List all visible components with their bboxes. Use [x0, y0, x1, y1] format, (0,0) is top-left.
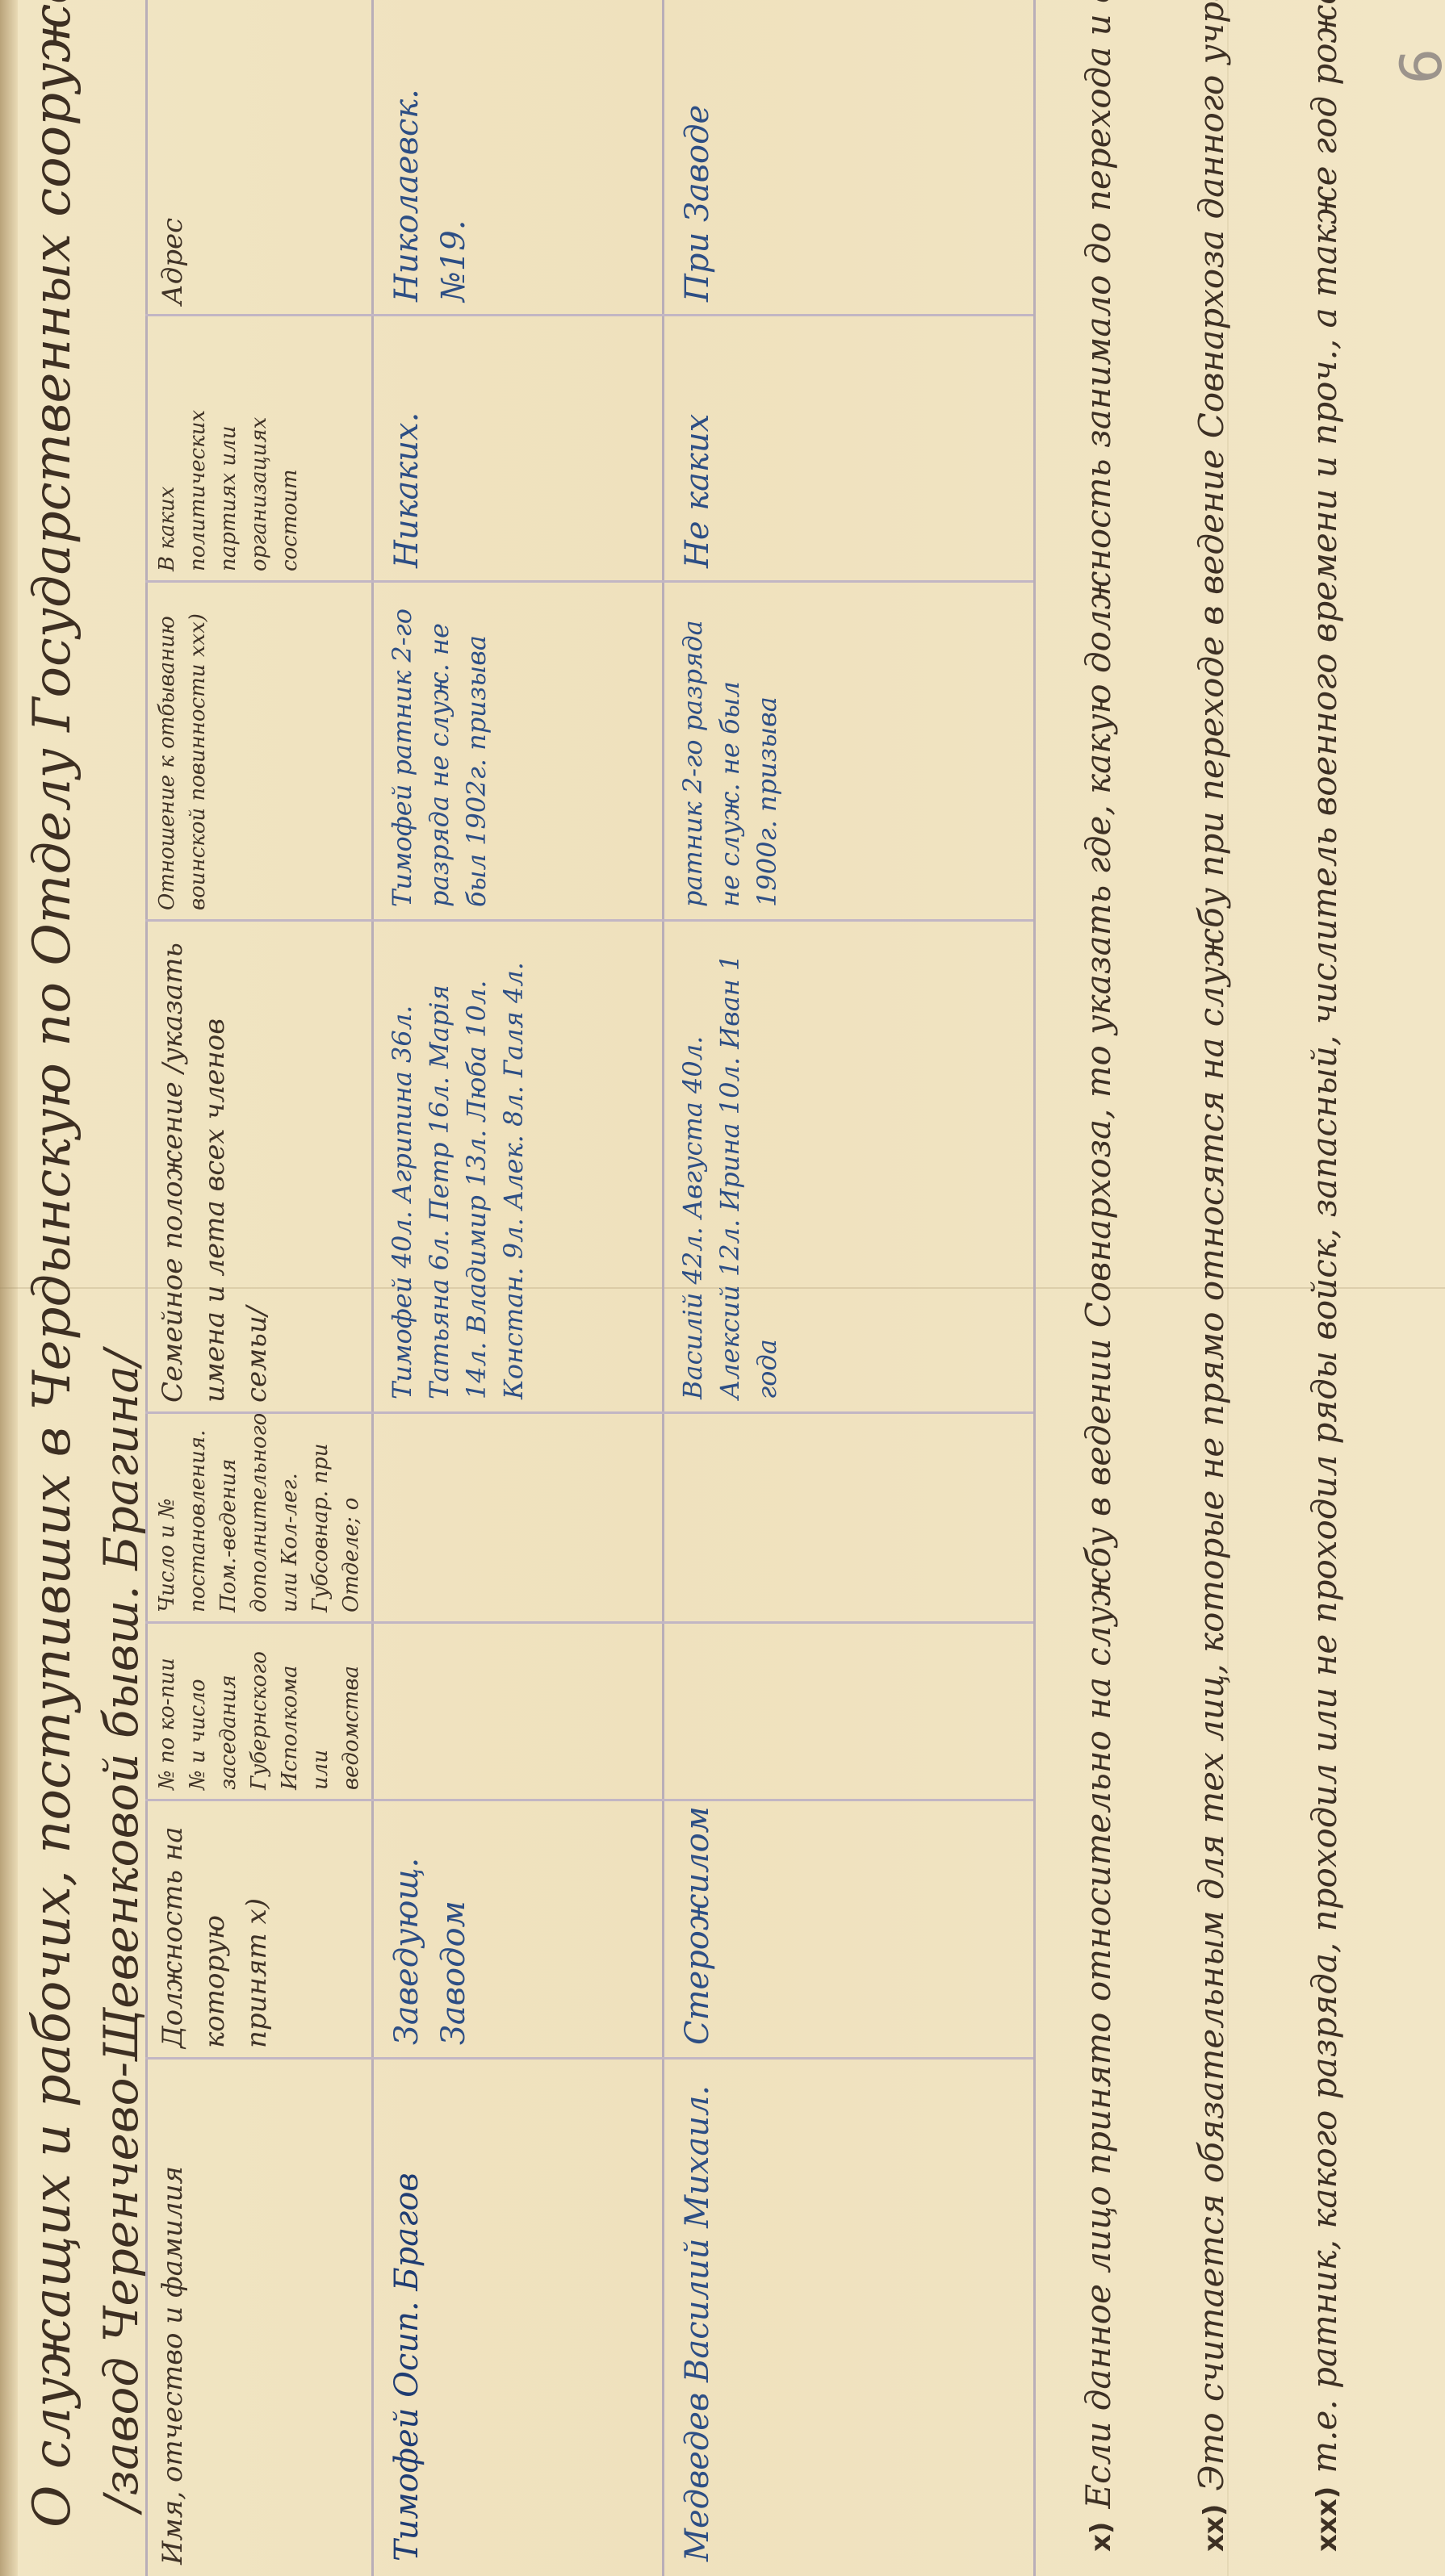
row2-parties: Не каких [666, 316, 1033, 583]
row1-military: Тимофей ратник 2-го разряда не служ. не … [375, 583, 662, 922]
header-number: № по ко-пии № и число заседания Губернск… [145, 1624, 371, 1801]
row1-address: Николаевск. №19. [375, 0, 662, 316]
footnote-mark: ххх) [1311, 2486, 1343, 2552]
header-military: Отношение к отбыванию воинской повинност… [145, 583, 371, 922]
header-name: Имя, отчество и фамилия [145, 2060, 371, 2576]
footnote-text: Если данное лицо принято относительно на… [1079, 0, 1118, 2509]
footnote-mark: х) [1085, 2522, 1117, 2552]
document-sheet: О служащих и рабочих, поступивших в Черд… [0, 0, 1445, 2576]
row1-number-note [375, 1414, 662, 1624]
table-rule [1033, 0, 1036, 2576]
header-parties: В каких политических партиях или организ… [145, 316, 371, 583]
row1-name: Тимофей Осип. Брагов [375, 2060, 662, 2576]
row2-number [666, 1624, 1033, 1801]
row1-number [375, 1624, 662, 1801]
row2-number-note [666, 1414, 1033, 1624]
header-address: Адрес [145, 0, 371, 316]
title-line-1: О служащих и рабочих, поступивших в Черд… [16, 26, 89, 2528]
footnote: хх)Это считается обязательным для тех ли… [1187, 0, 1239, 2552]
personnel-table: Имя, отчество и фамилия Должность на кот… [145, 0, 1041, 2576]
footnote: х)Если данное лицо принято относительно … [1074, 0, 1126, 2552]
footnote-text: т.е. ратник, какого разряда, проходил ил… [1305, 0, 1344, 2474]
row2-address: При Заводе [666, 0, 1033, 316]
header-number-note: Число и № постановления. Пом.-ведения до… [145, 1414, 371, 1624]
page-number: 6 [1388, 48, 1445, 85]
title-line-2: /завод Черенчево-Щевенковой бывш. Брагин… [89, 26, 153, 2528]
footnotes: х)Если данное лицо принято относительно … [1066, 0, 1437, 2576]
table-rule [662, 0, 664, 2576]
table-rule [371, 0, 374, 2576]
header-position: Должность на которую принят х) [145, 1801, 371, 2060]
header-family: Семейное положение /указать имена и лета… [145, 922, 371, 1414]
row2-family: Василій 42л. Августа 40л. Алексий 12л. И… [666, 922, 1033, 1414]
document-title: О служащих и рабочих, поступивших в Черд… [16, 26, 153, 2528]
row1-position: Заведующ. Заводом [375, 1801, 662, 2060]
row1-parties: Никаких. [375, 316, 662, 583]
row2-military: ратник 2-го разряда не служ. не был 1900… [666, 583, 1033, 922]
row1-family: Тимофей 40л. Агрипина 36л. Татьяна 6л. П… [375, 922, 662, 1414]
footnote-text: Это считается обязательным для тех лиц, … [1192, 0, 1231, 2491]
footnote-mark: хх) [1198, 2504, 1230, 2552]
row2-name: Медведев Василий Михаил. [666, 2060, 1033, 2576]
footnote: ххх)т.е. ратник, какого разряда, проходи… [1300, 0, 1352, 2552]
row2-position: Стерожилом [666, 1801, 1033, 2060]
